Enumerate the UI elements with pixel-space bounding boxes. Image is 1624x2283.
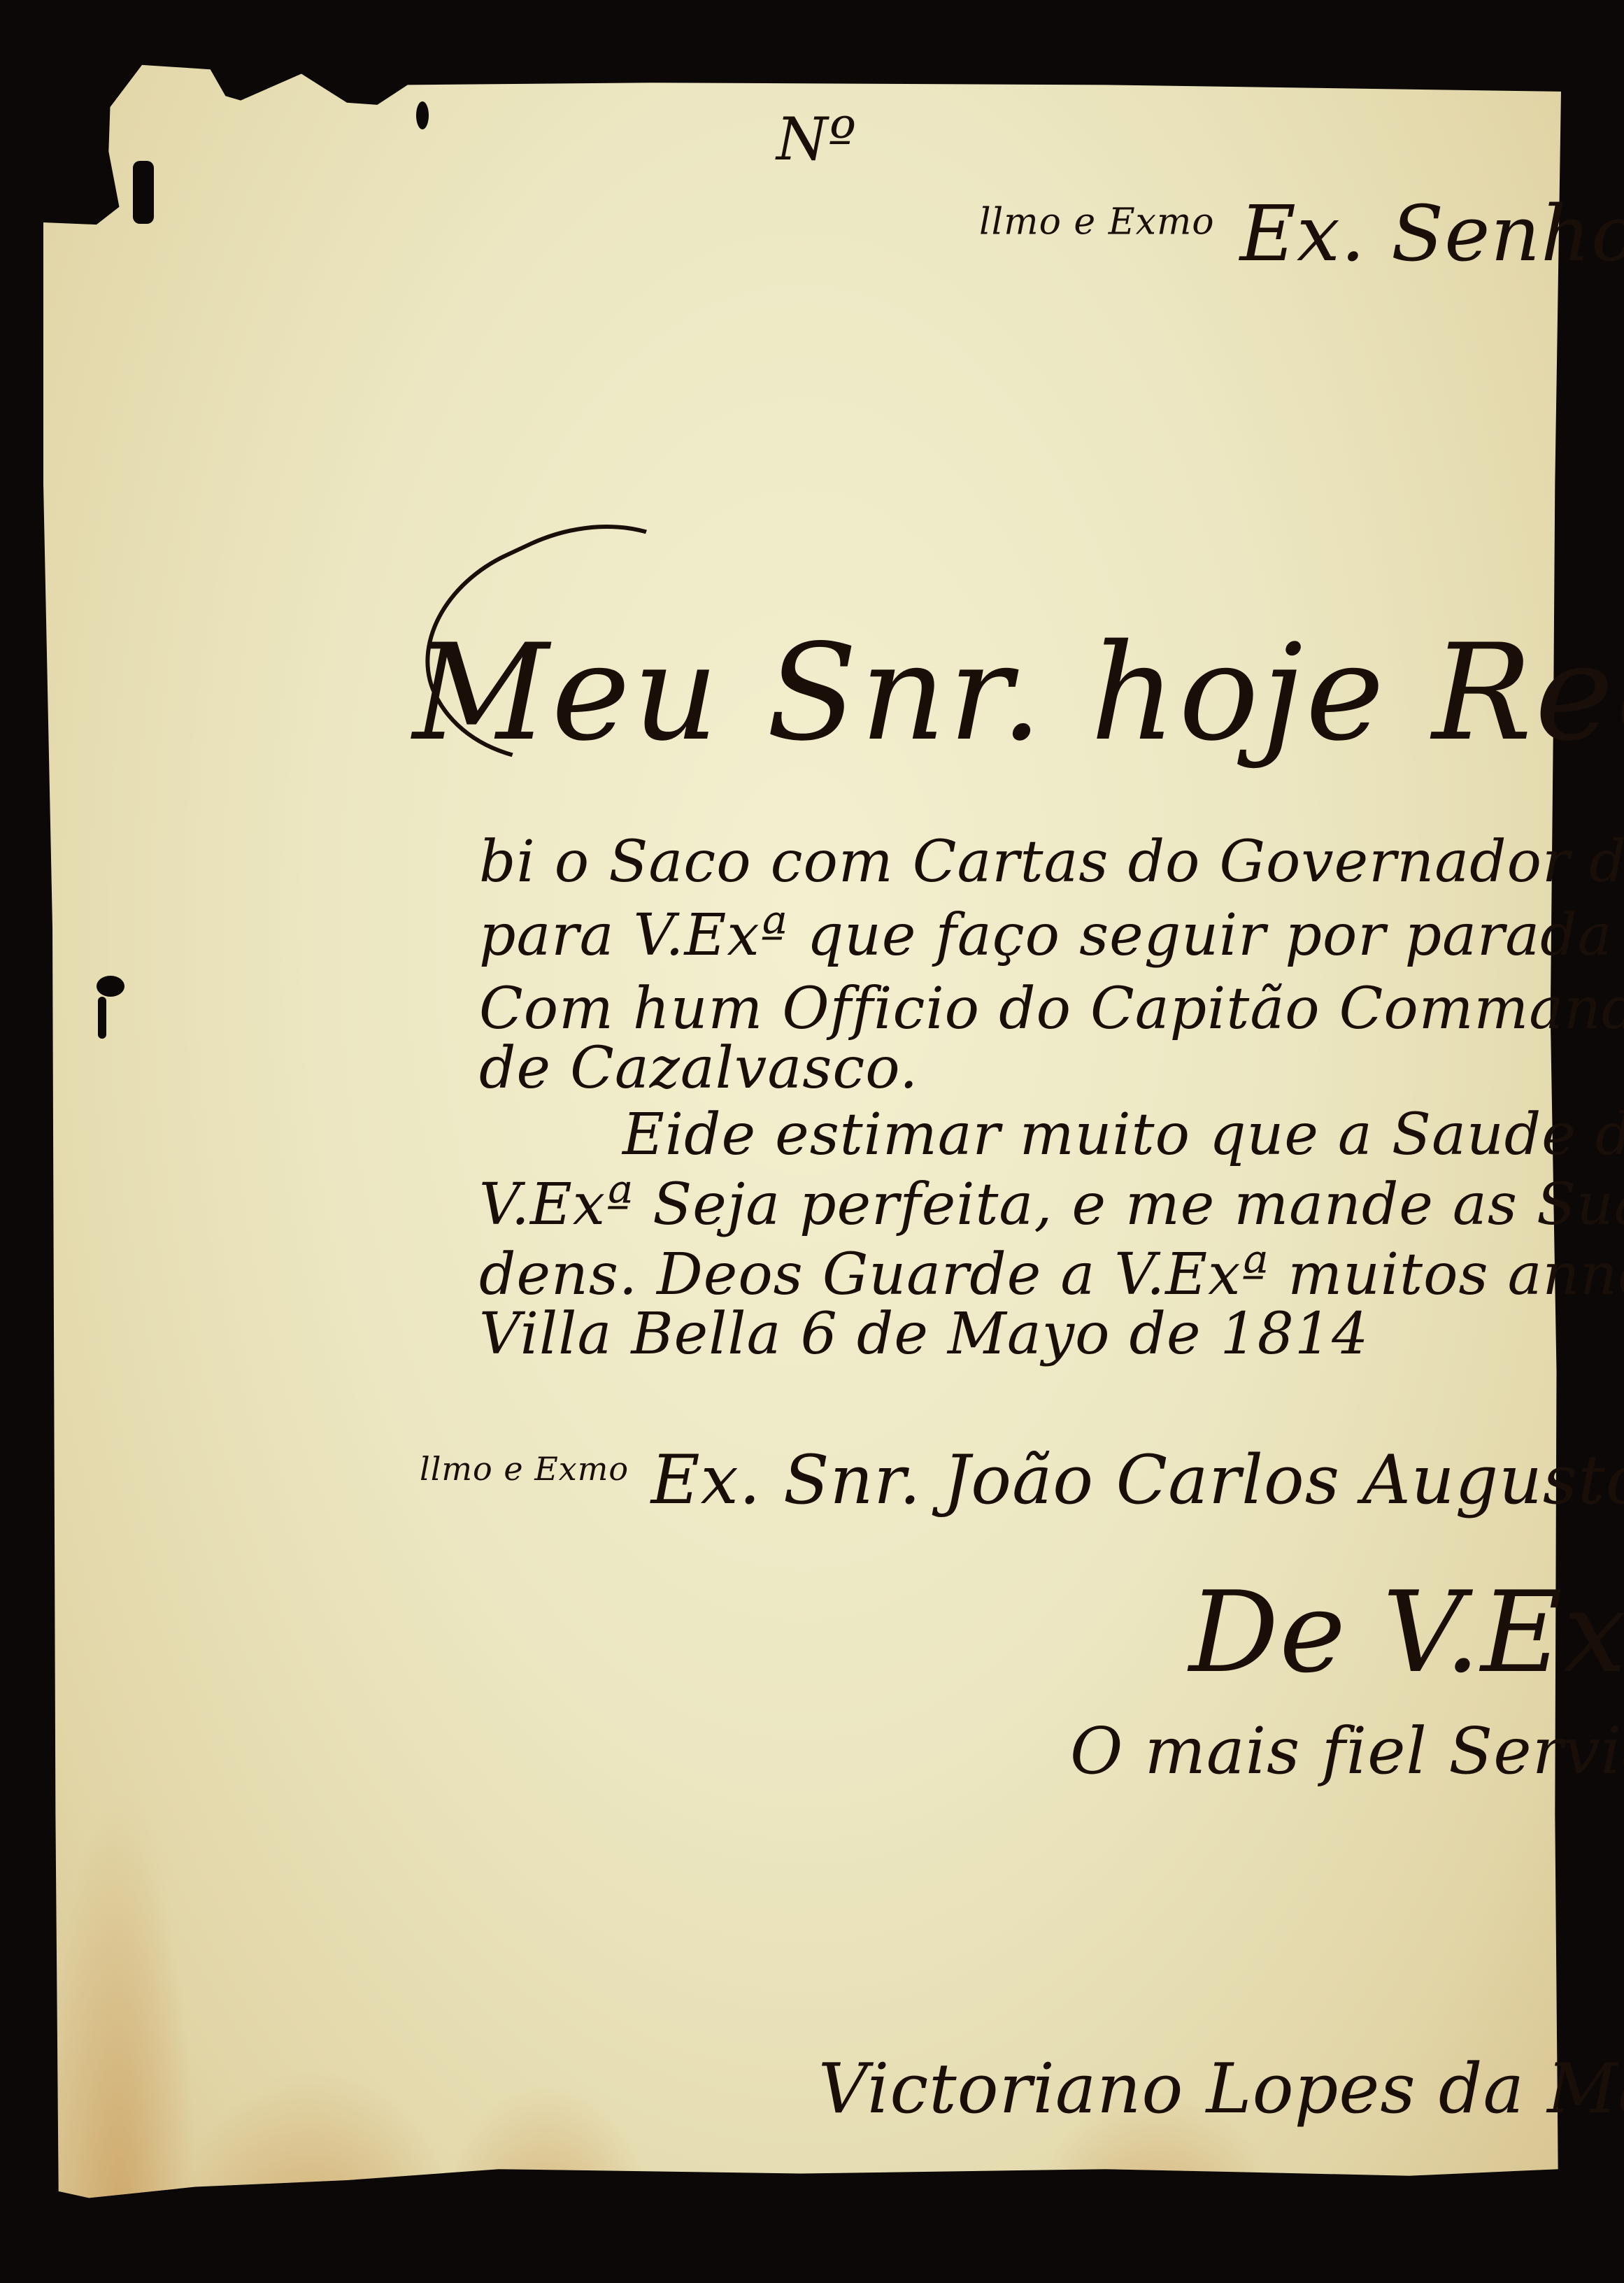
greeting: Meu Snr. hoje Rece xyxy=(413,616,1624,770)
closing-abbreviation: De V.Exª xyxy=(1189,1567,1624,1698)
paper-hole xyxy=(416,101,429,129)
water-stain xyxy=(43,1789,197,2251)
body-line: bi o Saco com Cartas do Governador de Ch… xyxy=(479,829,1624,895)
paper-hole xyxy=(133,161,154,224)
body-line: dens. Deos Guarde a V.Exª muitos annos. xyxy=(479,1242,1624,1308)
document-number: Nº xyxy=(776,105,857,173)
salutation-top: llmo e Exmo Ex. Senhor. xyxy=(979,189,1624,278)
body-line: para V.Exª que faço seguir por parada a … xyxy=(479,902,1624,969)
closing: O mais fiel Servidor xyxy=(1070,1714,1624,1788)
salutation-top-text: Ex. Senhor. xyxy=(1240,189,1624,278)
body-line: V.Exª Seja perfeita, e me mande as Suas … xyxy=(479,1172,1624,1238)
body-line: de Cazalvasco. xyxy=(479,1035,918,1102)
addressee: llmo e Exmo Ex. Snr. João Carlos Augusto… xyxy=(420,1441,1624,1519)
signature: Victoriano Lopes da Maude xyxy=(818,2049,1624,2129)
body-line: Com hum Officio do Capitão Commandante xyxy=(479,976,1624,1042)
body-line: Eide estimar muito que a Saude de xyxy=(622,1102,1624,1168)
salutation-top-superscript: llmo e Exmo xyxy=(979,201,1215,243)
paper-hole xyxy=(98,997,106,1039)
addressee-text: Ex. Snr. João Carlos Augusto de Oeynhaus… xyxy=(651,1441,1624,1519)
addressee-superscript: llmo e Exmo xyxy=(420,1450,629,1488)
paper-hole xyxy=(97,976,124,997)
date-line: Villa Bella 6 de Mayo de 1814 xyxy=(479,1301,1369,1367)
